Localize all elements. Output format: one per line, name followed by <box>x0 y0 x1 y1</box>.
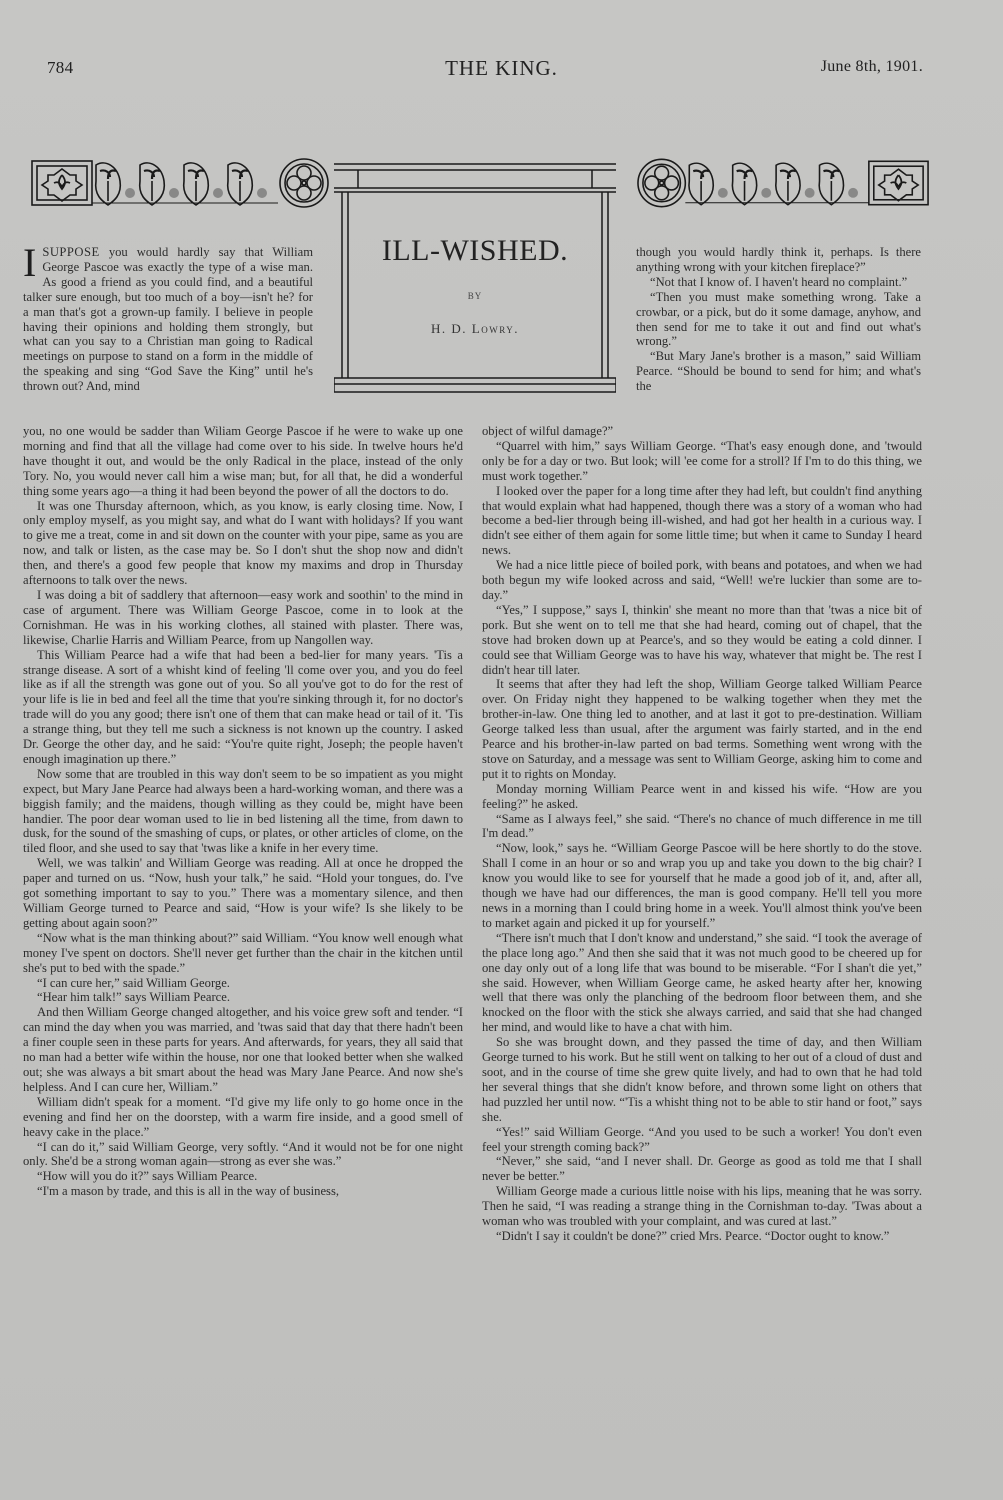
paragraph: “But Mary Jane's brother is a mason,” sa… <box>636 349 921 394</box>
paragraph: “Never,” she said, “and I never shall. D… <box>482 1154 922 1184</box>
ornament-band-left-icon <box>30 157 330 209</box>
paragraph: This William Pearce had a wife that had … <box>23 648 463 767</box>
paragraph: William George made a curious little noi… <box>482 1184 922 1229</box>
paragraph: object of wilful damage?” <box>482 424 922 439</box>
paragraph: We had a nice little piece of boiled por… <box>482 558 922 603</box>
paragraph: “There isn't much that I don't know and … <box>482 931 922 1035</box>
opening-paragraph: ISUPPOSE you would hardly say that Willi… <box>23 245 313 394</box>
paragraph: “How will you do it?” says William Pearc… <box>23 1169 463 1184</box>
paragraph: “Didn't I say it couldn't be done?” crie… <box>482 1229 922 1244</box>
paragraph: I was doing a bit of saddlery that after… <box>23 588 463 648</box>
paragraph: “Yes,” I suppose,” says I, thinkin' she … <box>482 603 922 678</box>
paragraph: Monday morning William Pearce went in an… <box>482 782 922 812</box>
paragraph: William didn't speak for a moment. “I'd … <box>23 1095 463 1140</box>
right-column: object of wilful damage?” “Quarrel with … <box>482 424 922 1244</box>
paragraph: “Now, look,” says he. “William George Pa… <box>482 841 922 930</box>
paragraph: So she was brought down, and they passed… <box>482 1035 922 1124</box>
opening-text: you would hardly say that William George… <box>23 245 313 393</box>
paragraph: Now some that are troubled in this way d… <box>23 767 463 856</box>
drop-cap: I <box>23 247 36 279</box>
classical-frame-icon <box>334 160 616 396</box>
paragraph: “I'm a mason by trade, and this is all i… <box>23 1184 463 1199</box>
paragraph: I looked over the paper for a long time … <box>482 484 922 559</box>
paragraph: Well, we was talkin' and William George … <box>23 856 463 931</box>
paragraph: “Quarrel with him,” says William George.… <box>482 439 922 484</box>
paragraph: It seems that after they had left the sh… <box>482 677 922 781</box>
paragraph: “Yes!” said William George. “And you use… <box>482 1125 922 1155</box>
paragraph: though you would hardly think it, perhap… <box>636 245 921 275</box>
paragraph: “Same as I always feel,” she said. “Ther… <box>482 812 922 842</box>
right-column-top: though you would hardly think it, perhap… <box>636 245 921 394</box>
paragraph: you, no one would be sadder than Wiliam … <box>23 424 463 499</box>
left-column: you, no one would be sadder than Wiliam … <box>23 424 463 1199</box>
paragraph: “I can cure her,” said William George. <box>23 976 463 991</box>
lead-word: SUPPOSE <box>42 245 99 259</box>
paragraph: It was one Thursday afternoon, which, as… <box>23 499 463 588</box>
paragraph: “I can do it,” said William George, very… <box>23 1140 463 1170</box>
story-title: ILL-WISHED. <box>334 234 616 268</box>
story-author: H. D. Lowry. <box>334 321 616 337</box>
paragraph: “Not that I know of. I haven't heard no … <box>636 275 921 290</box>
paragraph: “Then you must make something wrong. Tak… <box>636 290 921 350</box>
issue-date: June 8th, 1901. <box>821 58 923 76</box>
byline-by: BY <box>334 291 616 301</box>
ornament-band-right-icon <box>636 157 932 209</box>
paragraph: And then William George changed altogeth… <box>23 1005 463 1094</box>
title-frame: ILL-WISHED. BY H. D. Lowry. <box>334 160 616 396</box>
paragraph: “Now what is the man thinking about?” sa… <box>23 931 463 976</box>
paragraph: “Hear him talk!” says William Pearce. <box>23 990 463 1005</box>
magazine-page: 784 THE KING. June 8th, 1901. <box>0 0 1003 1500</box>
